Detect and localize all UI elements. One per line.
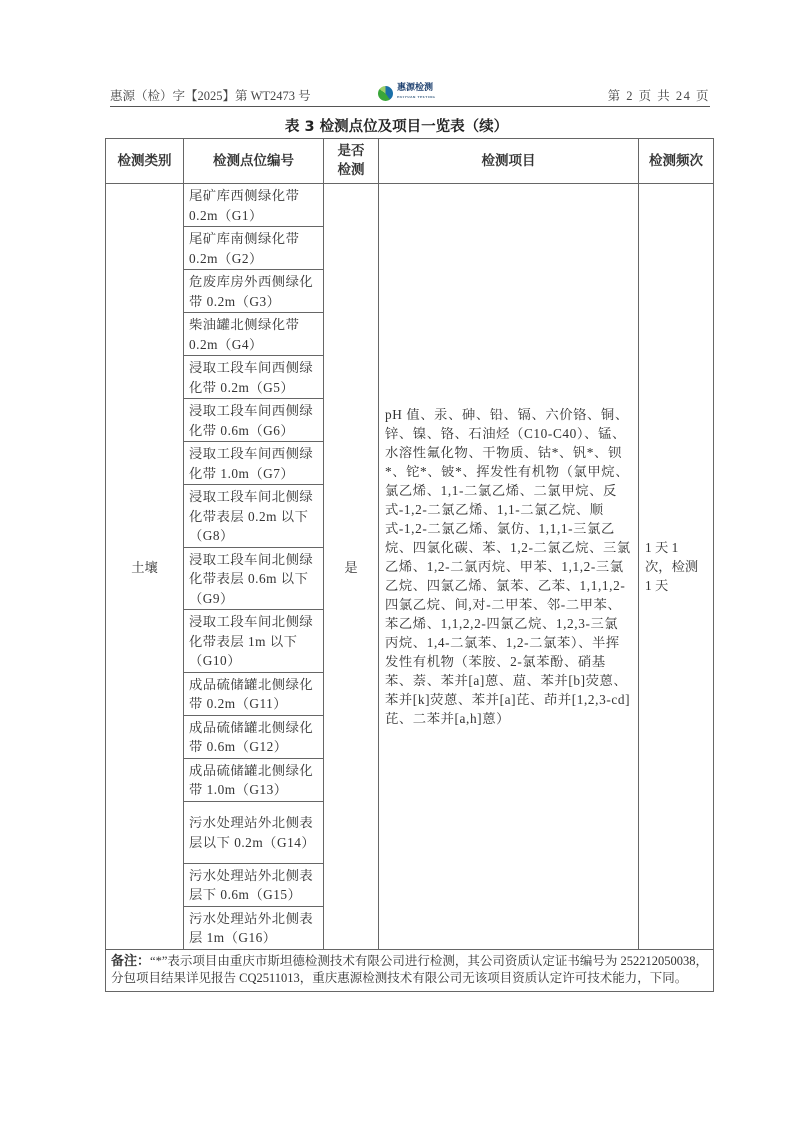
point-cell: 污水处理站外北侧表层 1m（G16） [184, 906, 324, 949]
category-cell: 土壤 [106, 184, 184, 950]
col-header-frequency: 检测频次 [639, 139, 714, 184]
company-logo: 惠源检测HUIYUAN TESTING [378, 84, 435, 102]
table-header-row: 检测类别 检测点位编号 是否检测 检测项目 检测频次 [106, 139, 714, 184]
frequency-cell: 1 天 1 次，检测 1 天 [639, 184, 714, 950]
point-cell: 浸取工段车间西侧绿化带 0.2m（G5） [184, 356, 324, 399]
table-row: 土壤 尾矿库西侧绿化带 0.2m（G1） 是 pH 值、汞、砷、铅、镉、六价铬、… [106, 184, 714, 227]
notes-text: “*”表示项目由重庆市斯坦德检测技术有限公司进行检测，其公司资质认定证书编号为 … [111, 954, 708, 986]
items-cell: pH 值、汞、砷、铅、镉、六价铬、铜、锌、镍、铬、石油烃（C10-C40）、锰、… [379, 184, 639, 950]
point-cell: 尾矿库西侧绿化带 0.2m（G1） [184, 184, 324, 227]
col-header-is-tested: 是否检测 [324, 139, 379, 184]
point-cell: 柴油罐北侧绿化带 0.2m（G4） [184, 313, 324, 356]
point-cell: 危废库房外西侧绿化带 0.2m（G3） [184, 270, 324, 313]
col-header-category: 检测类别 [106, 139, 184, 184]
notes-row: 备注：“*”表示项目由重庆市斯坦德检测技术有限公司进行检测，其公司资质认定证书编… [106, 949, 714, 991]
point-cell: 浸取工段车间北侧绿化带表层 0.2m 以下（G8） [184, 485, 324, 548]
notes-label: 备注： [111, 954, 150, 969]
page-header: 惠源（检）字【2025】第 WT2473 号 惠源检测HUIYUAN TESTI… [110, 84, 710, 107]
col-header-items: 检测项目 [379, 139, 639, 184]
point-cell: 浸取工段车间西侧绿化带 1.0m（G7） [184, 442, 324, 485]
point-cell: 污水处理站外北侧表层下 0.6m（G15） [184, 863, 324, 906]
table-title: 表 3 检测点位及项目一览表（续） [0, 115, 793, 136]
logo-text: 惠源检测 [397, 83, 433, 93]
logo-subtext: HUIYUAN TESTING [397, 93, 435, 102]
point-cell: 污水处理站外北侧表层以下 0.2m（G14） [184, 801, 324, 863]
point-cell: 成品硫储罐北侧绿化带 1.0m（G13） [184, 758, 324, 801]
point-cell: 成品硫储罐北侧绿化带 0.2m（G11） [184, 672, 324, 715]
col-header-point: 检测点位编号 [184, 139, 324, 184]
point-cell: 浸取工段车间北侧绿化带表层 1m 以下（G10） [184, 610, 324, 673]
point-cell: 成品硫储罐北侧绿化带 0.6m（G12） [184, 715, 324, 758]
point-cell: 浸取工段车间西侧绿化带 0.6m（G6） [184, 399, 324, 442]
point-cell: 尾矿库南侧绿化带 0.2m（G2） [184, 227, 324, 270]
notes-cell: 备注：“*”表示项目由重庆市斯坦德检测技术有限公司进行检测，其公司资质认定证书编… [106, 949, 714, 991]
page-info: 第 2 页 共 24 页 [608, 86, 710, 104]
detection-table: 检测类别 检测点位编号 是否检测 检测项目 检测频次 土壤 尾矿库西侧绿化带 0… [105, 138, 714, 992]
point-cell: 浸取工段车间北侧绿化带表层 0.6m 以下（G9） [184, 547, 324, 610]
is-tested-cell: 是 [324, 184, 379, 950]
logo-globe-icon [378, 86, 393, 101]
report-number: 惠源（检）字【2025】第 WT2473 号 [110, 86, 311, 104]
